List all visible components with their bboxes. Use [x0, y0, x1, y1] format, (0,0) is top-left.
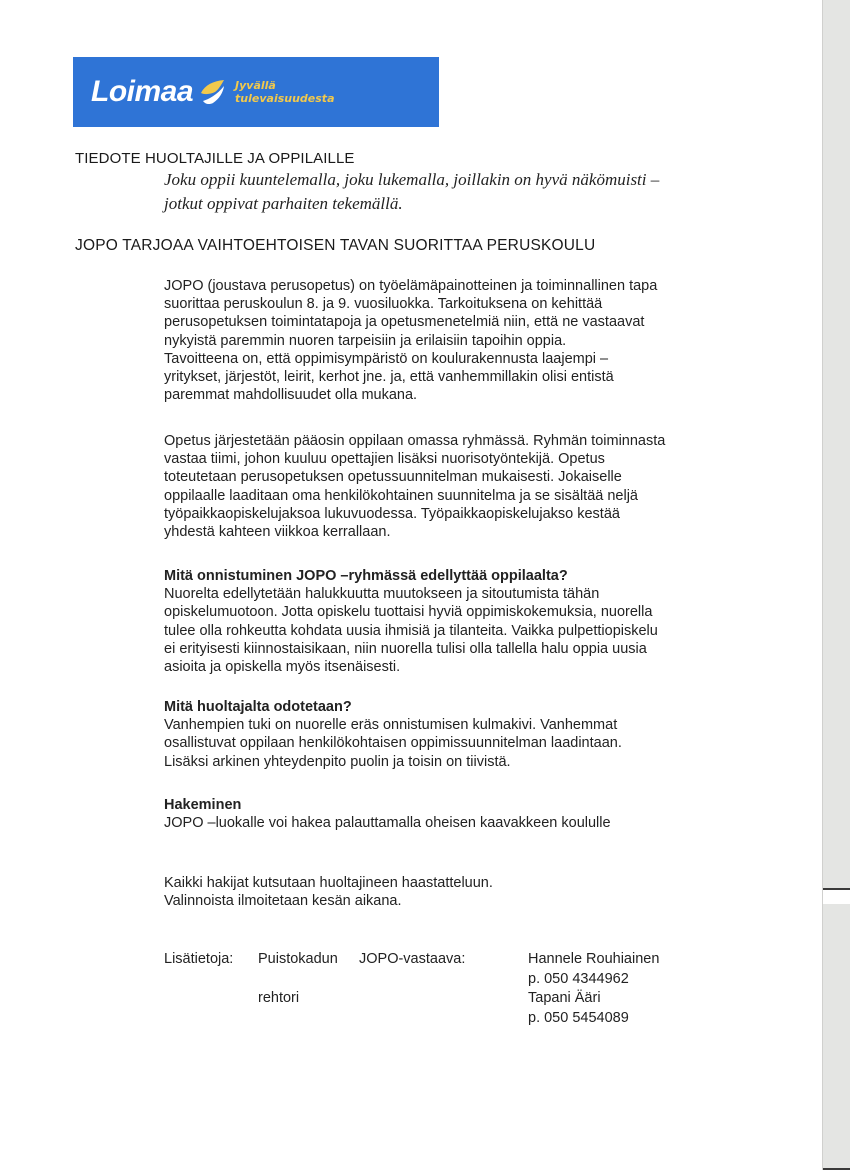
subsection-text: JOPO –luokalle voi hakea palauttamalla o… — [164, 814, 764, 832]
subsection-text: Nuorelta edellytetään halukkuutta muutok… — [164, 585, 764, 676]
paragraph-intro: JOPO (joustava perusopetus) on työelämäp… — [164, 277, 764, 404]
contact-phone-1: p. 050 4344962 — [528, 970, 629, 990]
logo-slogan-line-1: Jyvällä — [235, 79, 334, 92]
section-heading: JOPO TARJOAA VAIHTOEHTOISEN TAVAN SUORIT… — [75, 237, 595, 255]
contact-organization: Puistokadun — [258, 950, 338, 970]
subsection-heading: Hakeminen — [164, 796, 764, 814]
subsection-text: Vanhempien tuki on nuorelle eräs onnistu… — [164, 716, 764, 771]
subsection-student-requirements: Mitä onnistuminen JOPO –ryhmässä edellyt… — [164, 567, 764, 676]
closing-text: Kaikki hakijat kutsutaan huoltajineen ha… — [164, 874, 764, 910]
contact-role-1: JOPO-vastaava: — [359, 950, 465, 970]
wheat-leaf-logo-icon — [197, 77, 227, 107]
contact-role-2: rehtori — [258, 989, 299, 1009]
quote-line-2: jotkut oppivat parhaiten tekemällä. — [164, 192, 804, 216]
quote-line-1: Joku oppii kuuntelemalla, joku lukemalla… — [164, 168, 804, 192]
paragraph-text: JOPO (joustava perusopetus) on työelämäp… — [164, 277, 764, 404]
loimaa-logo-banner: Loimaa Jyvällä tulevaisuudesta — [73, 57, 439, 127]
quote: Joku oppii kuuntelemalla, joku lukemalla… — [164, 168, 804, 216]
contact-person-1: Hannele Rouhiainen — [528, 950, 659, 970]
logo-brand-name: Loimaa — [91, 75, 193, 109]
paragraph-teaching: Opetus järjestetään pääosin oppilaan oma… — [164, 432, 764, 541]
paragraph-text: Opetus järjestetään pääosin oppilaan oma… — [164, 432, 764, 541]
document-title: TIEDOTE HUOLTAJILLE JA OPPILAILLE — [75, 150, 355, 167]
scanner-edge-gap — [823, 888, 850, 904]
subsection-guardian-expectations: Mitä huoltajalta odotetaan? Vanhempien t… — [164, 698, 764, 771]
subsection-heading: Mitä onnistuminen JOPO –ryhmässä edellyt… — [164, 567, 764, 585]
contact-label: Lisätietoja: — [164, 950, 233, 970]
closing-note: Kaikki hakijat kutsutaan huoltajineen ha… — [164, 874, 764, 910]
contact-person-2: Tapani Ääri — [528, 989, 601, 1009]
scanner-edge — [822, 0, 850, 1170]
subsection-heading: Mitä huoltajalta odotetaan? — [164, 698, 764, 716]
contact-phone-2: p. 050 5454089 — [528, 1009, 629, 1029]
logo-slogan-line-2: tulevaisuudesta — [235, 92, 334, 105]
logo-slogan: Jyvällä tulevaisuudesta — [235, 79, 334, 105]
subsection-applying: Hakeminen JOPO –luokalle voi hakea palau… — [164, 796, 764, 832]
